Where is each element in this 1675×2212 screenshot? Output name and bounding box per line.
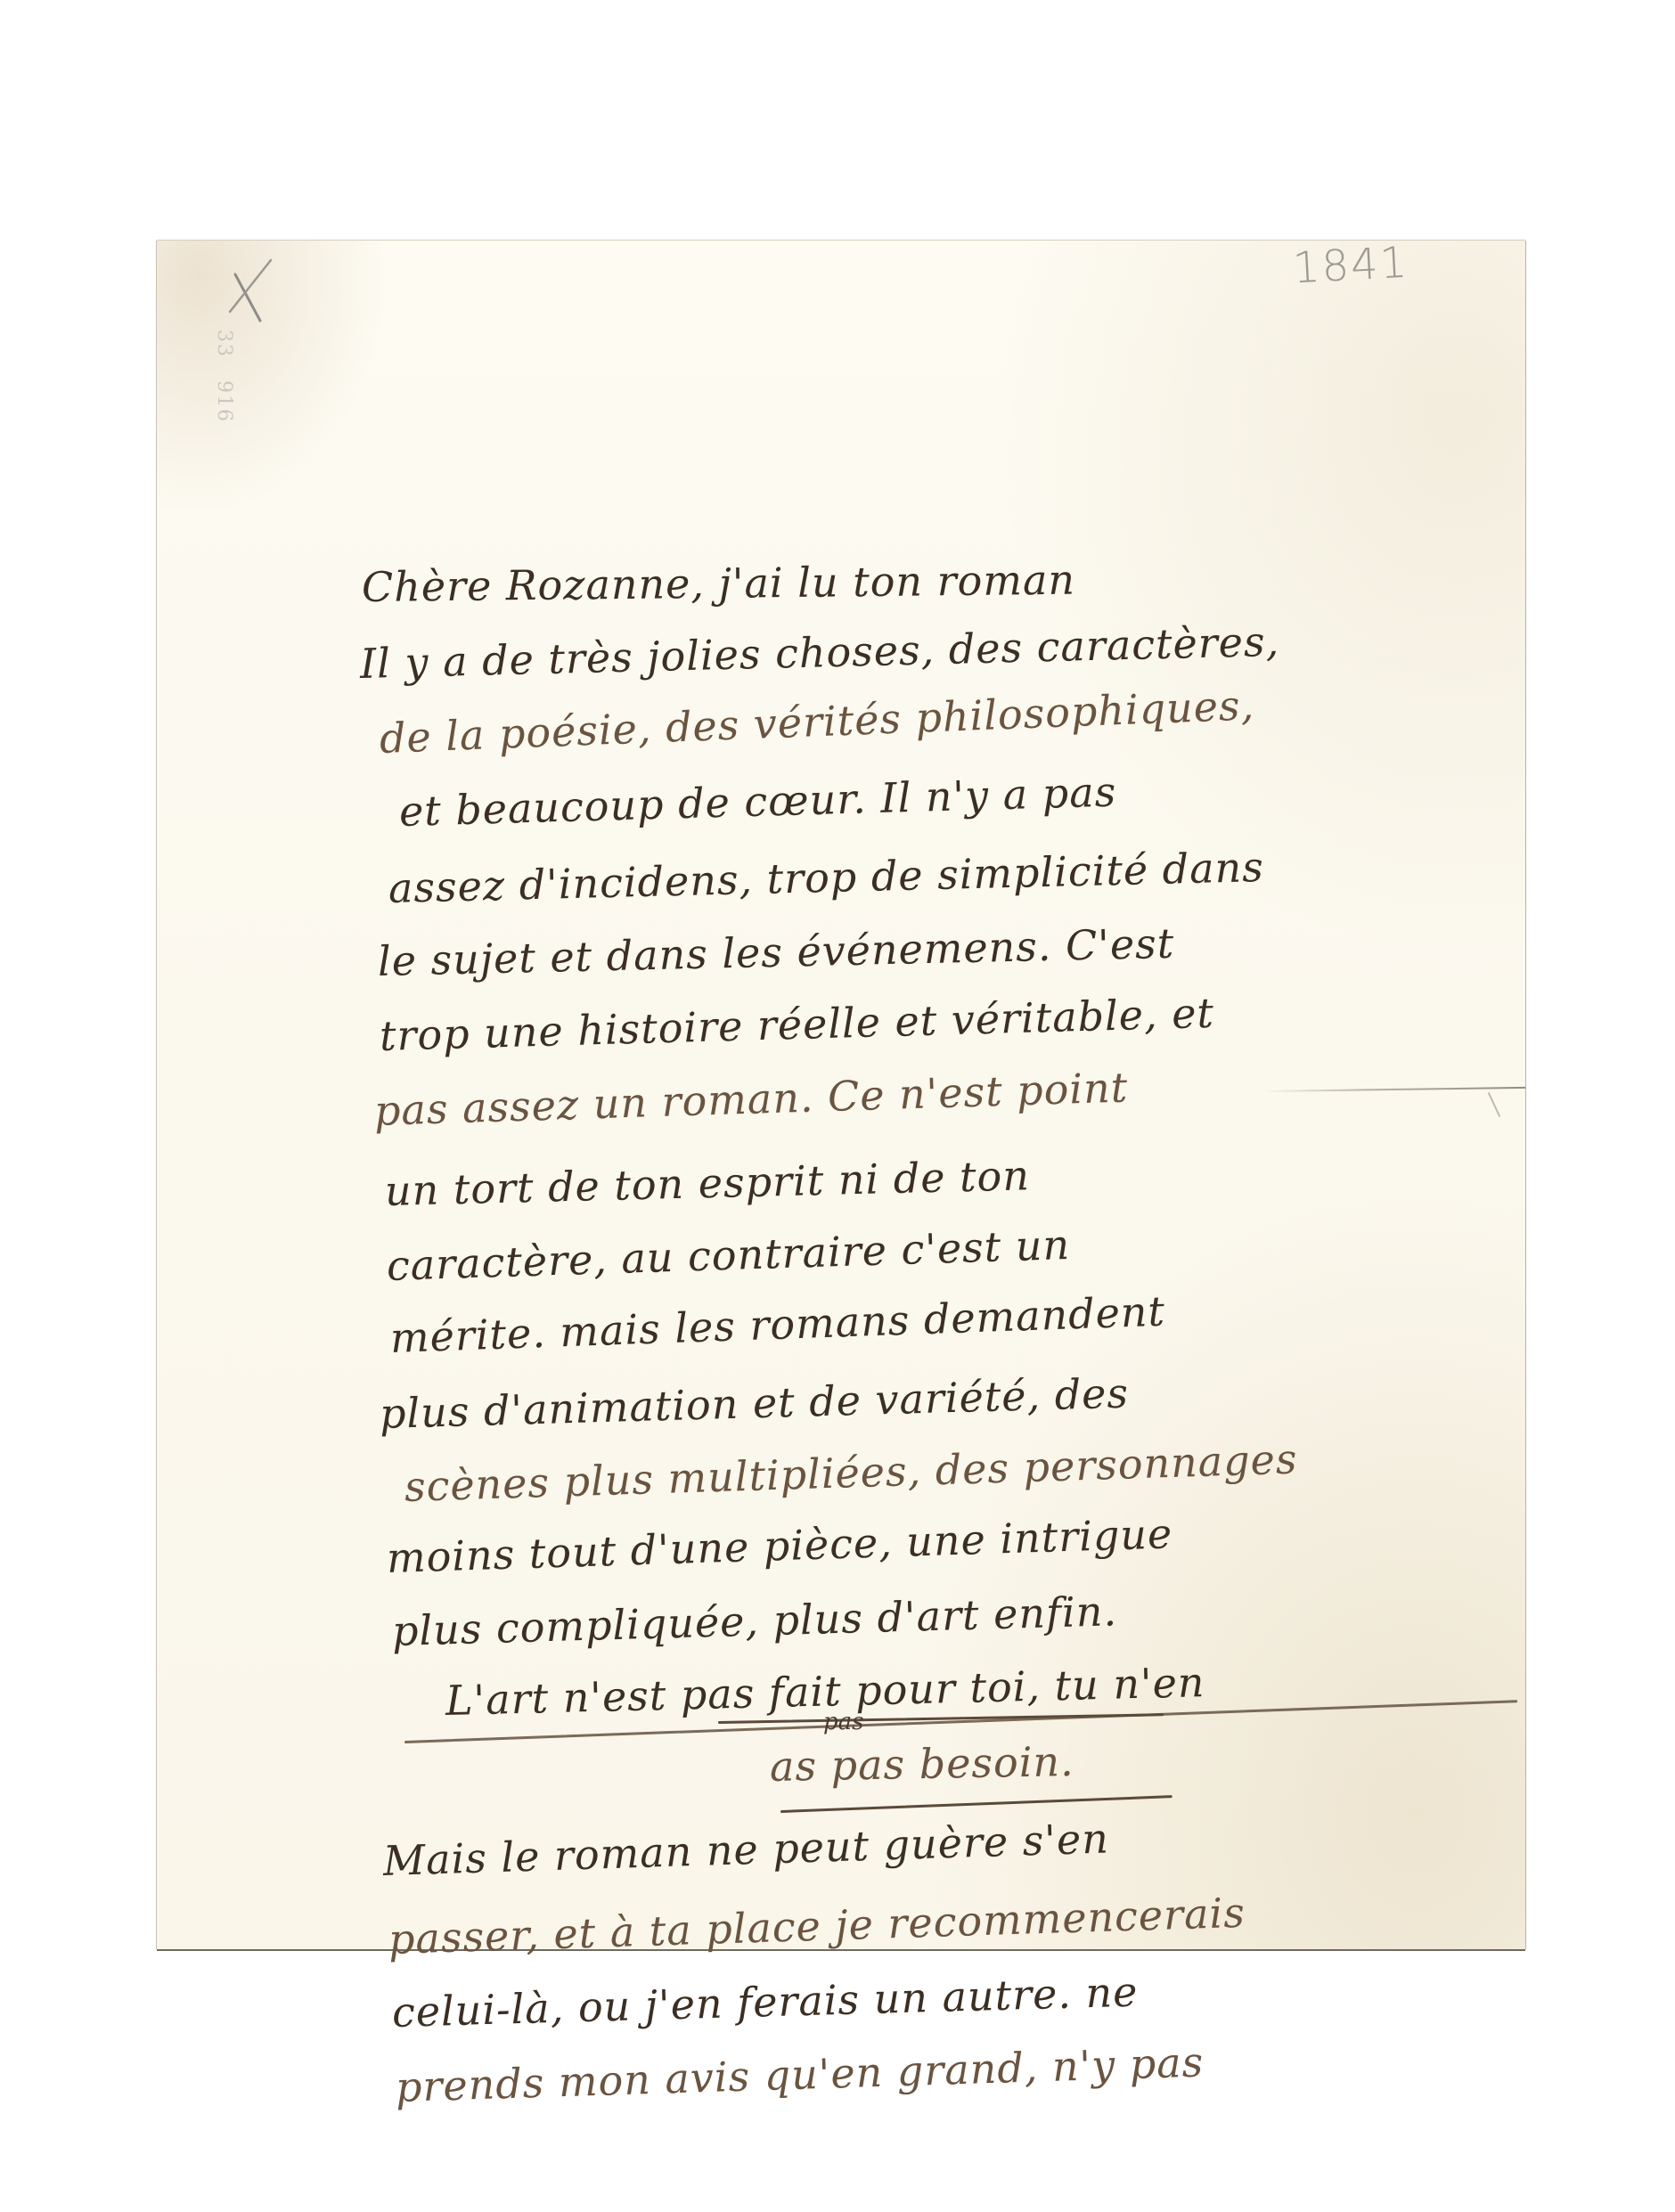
letter-line-9: un tort de ton esprit ni de ton — [384, 1151, 1030, 1215]
letter-line-15: plus compliquée, plus d'art enfin. — [391, 1587, 1117, 1655]
archive-stamp: 33 916 — [213, 330, 235, 437]
letter-line-17: as pas besoin. — [770, 1737, 1075, 1791]
letter-line-18: Mais le roman ne peut guère s'en — [382, 1814, 1109, 1885]
letter-line-20: celui-là, ou j'en ferais un autre. ne — [391, 1968, 1139, 2037]
letter-line-1: Chère Rozanne, j'ai lu ton roman — [362, 556, 1076, 611]
letter-line-19: passer, et à ta place je recommencerais — [388, 1889, 1246, 1963]
letter-line-3: de la poésie, des vérités philosophiques… — [379, 681, 1255, 763]
letter-line-21: prends mon avis qu'en grand, n'y pas — [395, 2038, 1205, 2111]
letter-line-12: plus d'animation et de variété, des — [379, 1369, 1129, 1438]
letter-line-10: caractère, au contraire c'est un — [386, 1220, 1071, 1290]
letter-page: 33 916 1841 Chère Rozanne, j'ai lu ton r… — [157, 241, 1525, 1949]
pencil-x-mark-icon — [228, 258, 273, 325]
letter-line-11: mérite. mais les romans demandent — [389, 1287, 1166, 1362]
letter-line-2: Il y a de très jolies choses, des caract… — [359, 617, 1279, 688]
date-note: 1841 — [1292, 238, 1410, 294]
letter-line-8: pas assez un roman. Ce n'est point — [373, 1063, 1129, 1135]
archive-number-1: 33 — [213, 330, 235, 358]
letter-line-7: trop une histoire réelle et véritable, e… — [379, 989, 1214, 1060]
letter-line-14: moins tout d'une pièce, une intrigue — [386, 1509, 1173, 1582]
letter-line-4: et beaucoup de cœur. Il n'y a pas — [398, 768, 1117, 836]
letter-line-6: le sujet et dans les événemens. C'est — [377, 919, 1174, 985]
letter-line-13: scènes plus multipliées, des personnages — [404, 1435, 1298, 1511]
fold-tear — [1488, 1092, 1500, 1117]
insertion-above-line: pas — [823, 1709, 864, 1735]
archive-number-2: 916 — [213, 380, 235, 423]
letter-line-5: assez d'incidens, trop de simplicité dan… — [388, 843, 1264, 912]
fold-crease — [1262, 1087, 1525, 1092]
underline-stroke-3 — [780, 1795, 1172, 1813]
